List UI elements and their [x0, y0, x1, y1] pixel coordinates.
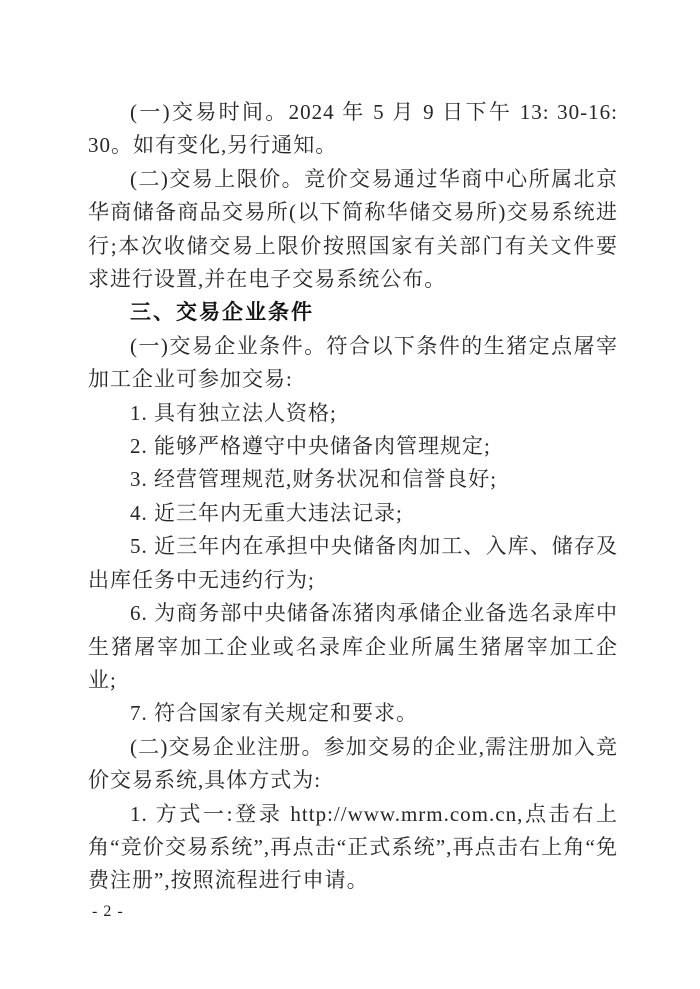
paragraph-registration-intro: (二)交易企业注册。参加交易的企业,需注册加入竞价交易系统,具体方式为: — [88, 731, 618, 798]
paragraph-price-ceiling: (二)交易上限价。竞价交易通过华商中心所属北京华商储备商品交易所(以下简称华储交… — [88, 163, 618, 297]
condition-item-1: 1. 具有独立法人资格; — [88, 397, 618, 430]
condition-item-5: 5. 近三年内在承担中央储备肉加工、入库、储存及出库任务中无违约行为; — [88, 530, 618, 597]
document-page: (一)交易时间。2024 年 5 月 9 日下午 13: 30-16: 30。如… — [0, 0, 700, 989]
condition-item-6: 6. 为商务部中央储备冻猪肉承储企业备选名录库中生猪屠宰加工企业或名录库企业所属… — [88, 597, 618, 697]
paragraph-trade-time: (一)交易时间。2024 年 5 月 9 日下午 13: 30-16: 30。如… — [88, 96, 618, 163]
document-body: (一)交易时间。2024 年 5 月 9 日下午 13: 30-16: 30。如… — [88, 96, 618, 898]
condition-item-3: 3. 经营管理规范,财务状况和信誉良好; — [88, 463, 618, 496]
section-heading-enterprise-conditions: 三、交易企业条件 — [88, 296, 618, 329]
condition-item-4: 4. 近三年内无重大违法记录; — [88, 497, 618, 530]
paragraph-enterprise-conditions-intro: (一)交易企业条件。符合以下条件的生猪定点屠宰加工企业可参加交易: — [88, 330, 618, 397]
condition-item-2: 2. 能够严格遵守中央储备肉管理规定; — [88, 430, 618, 463]
paragraph-registration-method-1: 1. 方式一:登录 http://www.mrm.com.cn,点击右上角“竞价… — [88, 798, 618, 898]
condition-item-7: 7. 符合国家有关规定和要求。 — [88, 697, 618, 730]
page-number: - 2 - — [92, 903, 124, 921]
